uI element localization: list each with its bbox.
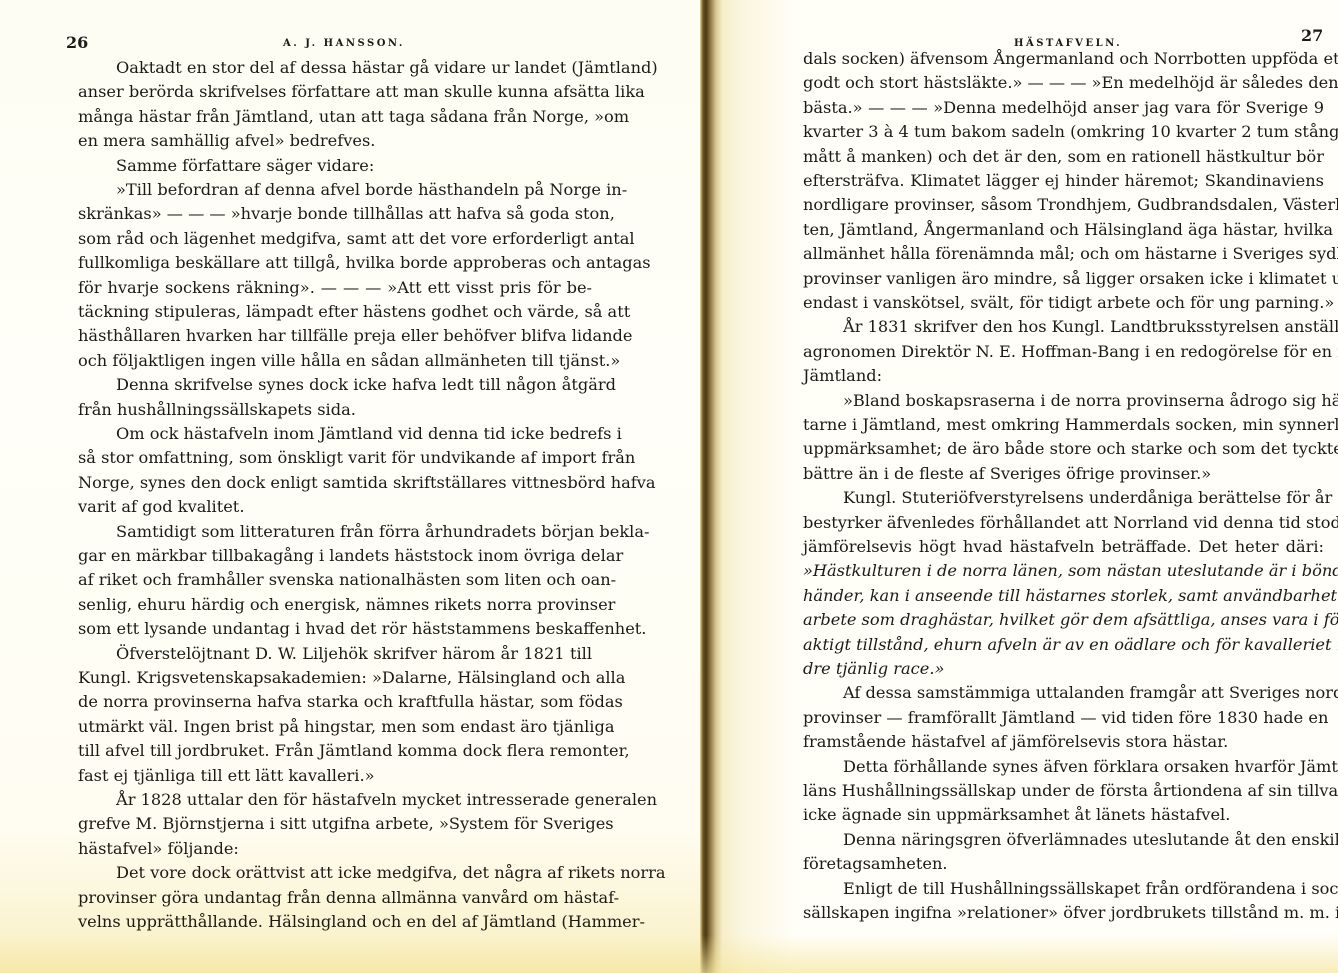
text-line: dre tjänlig race.» xyxy=(803,659,1324,679)
text-line: från hushållningssällskapets sida. xyxy=(78,400,592,420)
text-line: de norra provinserna hafva starka och kr… xyxy=(78,692,592,712)
text-line: Samtidigt som litteraturen från förra år… xyxy=(116,522,592,542)
text-line: Af dessa samstämmiga uttalanden framgår … xyxy=(843,683,1324,703)
text-line: hästhållaren hvarken har tillfälle preja… xyxy=(78,326,592,346)
text-line: fullkomliga beskällare att tillgå, hvilk… xyxy=(78,253,592,273)
running-head-left: A. J. HANSSON. xyxy=(283,38,405,49)
text-line: Öfverstelöjtnant D. W. Liljehök skrifver… xyxy=(116,644,592,664)
text-line: en mera samhällig afvel» bedrefves. xyxy=(78,131,592,151)
book-gutter xyxy=(700,0,722,973)
text-line: som råd och lägenhet medgifva, samt att … xyxy=(78,229,592,249)
text-line: framstående hästafvel af jämförelsevis s… xyxy=(803,732,1324,752)
text-line: aktigt tillstånd, ehurn afveln är av en … xyxy=(803,635,1324,655)
text-line: bättre än i de fleste af Sveriges öfrige… xyxy=(803,464,1324,484)
text-line: bestyrker äfvenledes förhållandet att No… xyxy=(803,513,1324,533)
text-line: hästafvel» följande: xyxy=(78,839,592,859)
text-line: mått å manken) och det är den, som en ra… xyxy=(803,147,1324,167)
text-line: Detta förhållande synes äfven förklara o… xyxy=(843,757,1324,777)
text-line: Om ock hästafveln inom Jämtland vid denn… xyxy=(116,424,592,444)
running-head-right: HÄSTAFVELN. xyxy=(1014,38,1122,49)
text-line: Samme författare säger vidare: xyxy=(116,156,592,176)
right-page: HÄSTAFVELN. 27 dals socken) äfvensom Ång… xyxy=(703,0,1338,973)
text-line: eftersträfva. Klimatet lägger ej hinder … xyxy=(803,171,1324,191)
text-line: jämförelsevis högt hvad hästafveln beträ… xyxy=(803,537,1324,557)
text-line: anser berörda skrifvelses författare att… xyxy=(78,82,592,102)
text-line: skränkas» — — — »hvarje bonde tillhållas… xyxy=(78,204,592,224)
text-line: varit af god kvalitet. xyxy=(78,497,592,517)
text-line: Jämtland: xyxy=(803,366,1324,386)
text-line: som ett lysande undantag i hvad det rör … xyxy=(78,619,592,639)
text-line: icke ägnade sin uppmärksamhet åt länets … xyxy=(803,805,1324,825)
book-spread: 26 A. J. HANSSON. Oaktadt en stor del af… xyxy=(0,0,1338,973)
text-line: till afvel till jordbruket. Från Jämtlan… xyxy=(78,741,592,761)
left-page: 26 A. J. HANSSON. Oaktadt en stor del af… xyxy=(0,0,703,973)
text-line: velns upprätthållande. Hälsingland och e… xyxy=(78,912,592,932)
text-line: bästa.» — — — »Denna medelhöjd anser jag… xyxy=(803,98,1324,118)
text-line: Oaktadt en stor del af dessa hästar gå v… xyxy=(116,58,592,78)
text-line: arbete som draghästar, hvilket gör dem a… xyxy=(803,610,1324,630)
text-line: Kungl. Stuteriöfverstyrelsens underdånig… xyxy=(843,488,1324,508)
text-line: många hästar från Jämtland, utan att tag… xyxy=(78,107,592,127)
text-line: tarne i Jämtland, mest omkring Hammerdal… xyxy=(803,415,1324,435)
page-number-right: 27 xyxy=(1301,26,1323,45)
text-line: utmärkt väl. Ingen brist på hingstar, me… xyxy=(78,717,592,737)
text-line: År 1828 uttalar den för hästafveln mycke… xyxy=(116,790,592,810)
text-line: nordligare provinser, såsom Trondhjem, G… xyxy=(803,195,1324,215)
text-line: sällskapen ingifna »relationer» öfver jo… xyxy=(803,903,1324,923)
text-line: »Bland boskapsraserna i de norra provins… xyxy=(843,391,1324,411)
text-line: Enligt de till Hushållningssällskapet fr… xyxy=(843,879,1324,899)
text-line: »Hästkulturen i de norra länen, som näst… xyxy=(803,561,1324,581)
text-line: grefve M. Björnstjerna i sitt utgifna ar… xyxy=(78,814,592,834)
text-line: agronomen Direktör N. E. Hoffman-Bang i … xyxy=(803,342,1324,362)
text-line: Denna näringsgren öfverlämnades utesluta… xyxy=(843,830,1324,850)
text-line: läns Hushållningssällskap under de först… xyxy=(803,781,1324,801)
text-line: Det vore dock orättvist att icke medgifv… xyxy=(116,863,592,883)
page-number-left: 26 xyxy=(66,33,88,52)
text-line: och följaktligen ingen ville hålla en så… xyxy=(78,351,592,371)
text-line: Kungl. Krigsvetenskapsakademien: »Dalarn… xyxy=(78,668,592,688)
text-line: provinser vanligen äro mindre, så ligger… xyxy=(803,269,1324,289)
text-line: täckning stipuleras, lämpadt efter häste… xyxy=(78,302,592,322)
text-line: uppmärksamhet; de äro både store och sta… xyxy=(803,439,1324,459)
text-line: Norge, synes den dock enligt samtida skr… xyxy=(78,473,592,493)
text-line: kvarter 3 à 4 tum bakom sadeln (omkring … xyxy=(803,122,1324,142)
text-line: dals socken) äfvensom Ångermanland och N… xyxy=(803,49,1324,69)
text-line: gar en märkbar tillbakagång i landets hä… xyxy=(78,546,592,566)
text-line: allmänhet hålla förenämnda mål; och om h… xyxy=(803,244,1324,264)
text-line: fast ej tjänliga till ett lätt kavalleri… xyxy=(78,766,592,786)
text-line: endast i vanskötsel, svält, för tidigt a… xyxy=(803,293,1324,313)
text-line: företagsamheten. xyxy=(803,854,1324,874)
text-line: År 1831 skrifver den hos Kungl. Landtbru… xyxy=(843,317,1324,337)
text-line: senlig, ehuru härdig och energisk, nämne… xyxy=(78,595,592,615)
text-line: ten, Jämtland, Ångermanland och Hälsingl… xyxy=(803,220,1324,240)
text-line: godt och stort hästsläkte.» — — — »En me… xyxy=(803,73,1324,93)
text-line: så stor omfattning, som önskligt varit f… xyxy=(78,448,592,468)
text-line: »Till befordran af denna afvel borde häs… xyxy=(116,180,592,200)
text-line: för hvarje sockens räkning». — — — »Att … xyxy=(78,278,592,298)
text-line: händer, kan i anseende till hästarnes st… xyxy=(803,586,1324,606)
text-line: provinser — framförallt Jämtland — vid t… xyxy=(803,708,1324,728)
text-line: provinser göra undantag från denna allmä… xyxy=(78,888,592,908)
text-line: Denna skrifvelse synes dock icke hafva l… xyxy=(116,375,592,395)
text-line: af riket och framhåller svenska national… xyxy=(78,570,592,590)
